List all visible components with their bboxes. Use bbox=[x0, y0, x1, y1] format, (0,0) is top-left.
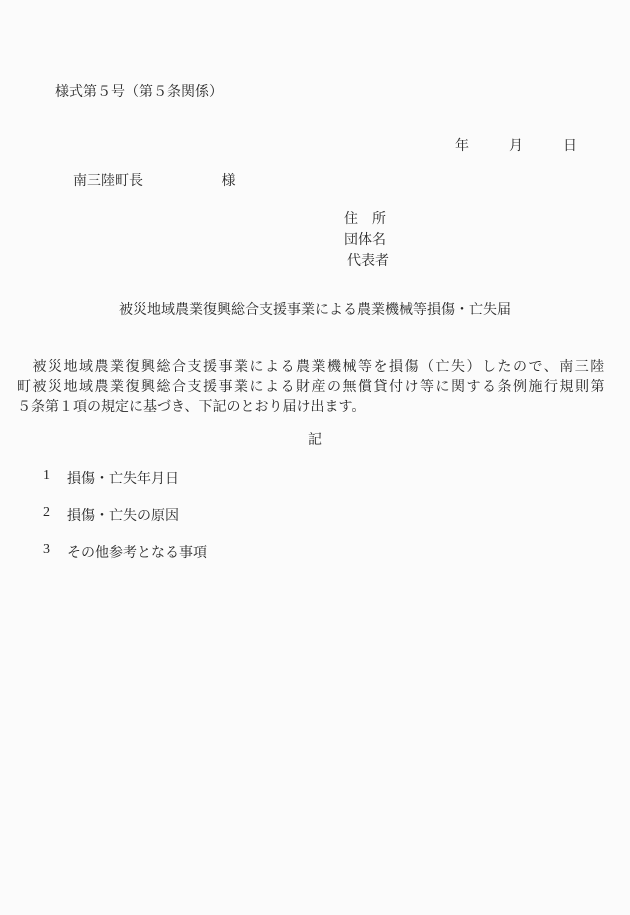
list-item-other-notes: 3 その他参考となる事項 bbox=[43, 542, 207, 562]
item-number: 3 bbox=[43, 542, 50, 558]
sender-organization-label: 団体名 bbox=[344, 230, 389, 251]
date-line: 年 月 日 bbox=[455, 135, 577, 155]
list-item-damage-date: 1 損傷・亡失年月日 bbox=[43, 468, 207, 488]
document-page: 様式第５号（第５条関係） 年 月 日 南三陸町長 様 住 所 団体名 代表者 被… bbox=[0, 0, 630, 915]
addressee-line: 南三陸町長 様 bbox=[73, 170, 236, 190]
body-paragraph: 被災地域農業復興総合支援事業による農業機械等を損傷（亡失）したので、南三陸 町被… bbox=[17, 358, 606, 418]
addressee-title: 南三陸町長 bbox=[73, 174, 143, 189]
item-label: 損傷・亡失年月日 bbox=[67, 468, 179, 488]
sender-block: 住 所 団体名 代表者 bbox=[344, 209, 389, 272]
item-list: 1 損傷・亡失年月日 2 損傷・亡失の原因 3 その他参考となる事項 bbox=[43, 468, 207, 579]
sender-address-label: 住 所 bbox=[344, 209, 389, 230]
form-number: 様式第５号（第５条関係） bbox=[55, 81, 223, 101]
date-day-label: 日 bbox=[563, 135, 577, 155]
document-title: 被災地域農業復興総合支援事業による農業機械等損傷・亡失届 bbox=[0, 299, 630, 319]
item-label: 損傷・亡失の原因 bbox=[67, 505, 179, 525]
body-line: ５条第１項の規定に基づき、下記のとおり届け出ます。 bbox=[17, 398, 606, 418]
item-number: 1 bbox=[43, 468, 50, 484]
record-marker: 記 bbox=[0, 429, 630, 449]
body-line: 被災地域農業復興総合支援事業による農業機械等を損傷（亡失）したので、南三陸 bbox=[17, 358, 606, 378]
date-month-label: 月 bbox=[509, 135, 523, 155]
addressee-honorific: 様 bbox=[222, 174, 236, 189]
sender-representative-label: 代表者 bbox=[344, 251, 389, 272]
item-number: 2 bbox=[43, 505, 50, 521]
item-label: その他参考となる事項 bbox=[67, 542, 207, 562]
list-item-damage-cause: 2 損傷・亡失の原因 bbox=[43, 505, 207, 525]
body-line: 町被災地域農業復興総合支援事業による財産の無償貸付け等に関する条例施行規則第 bbox=[17, 378, 606, 398]
date-year-label: 年 bbox=[455, 135, 469, 155]
